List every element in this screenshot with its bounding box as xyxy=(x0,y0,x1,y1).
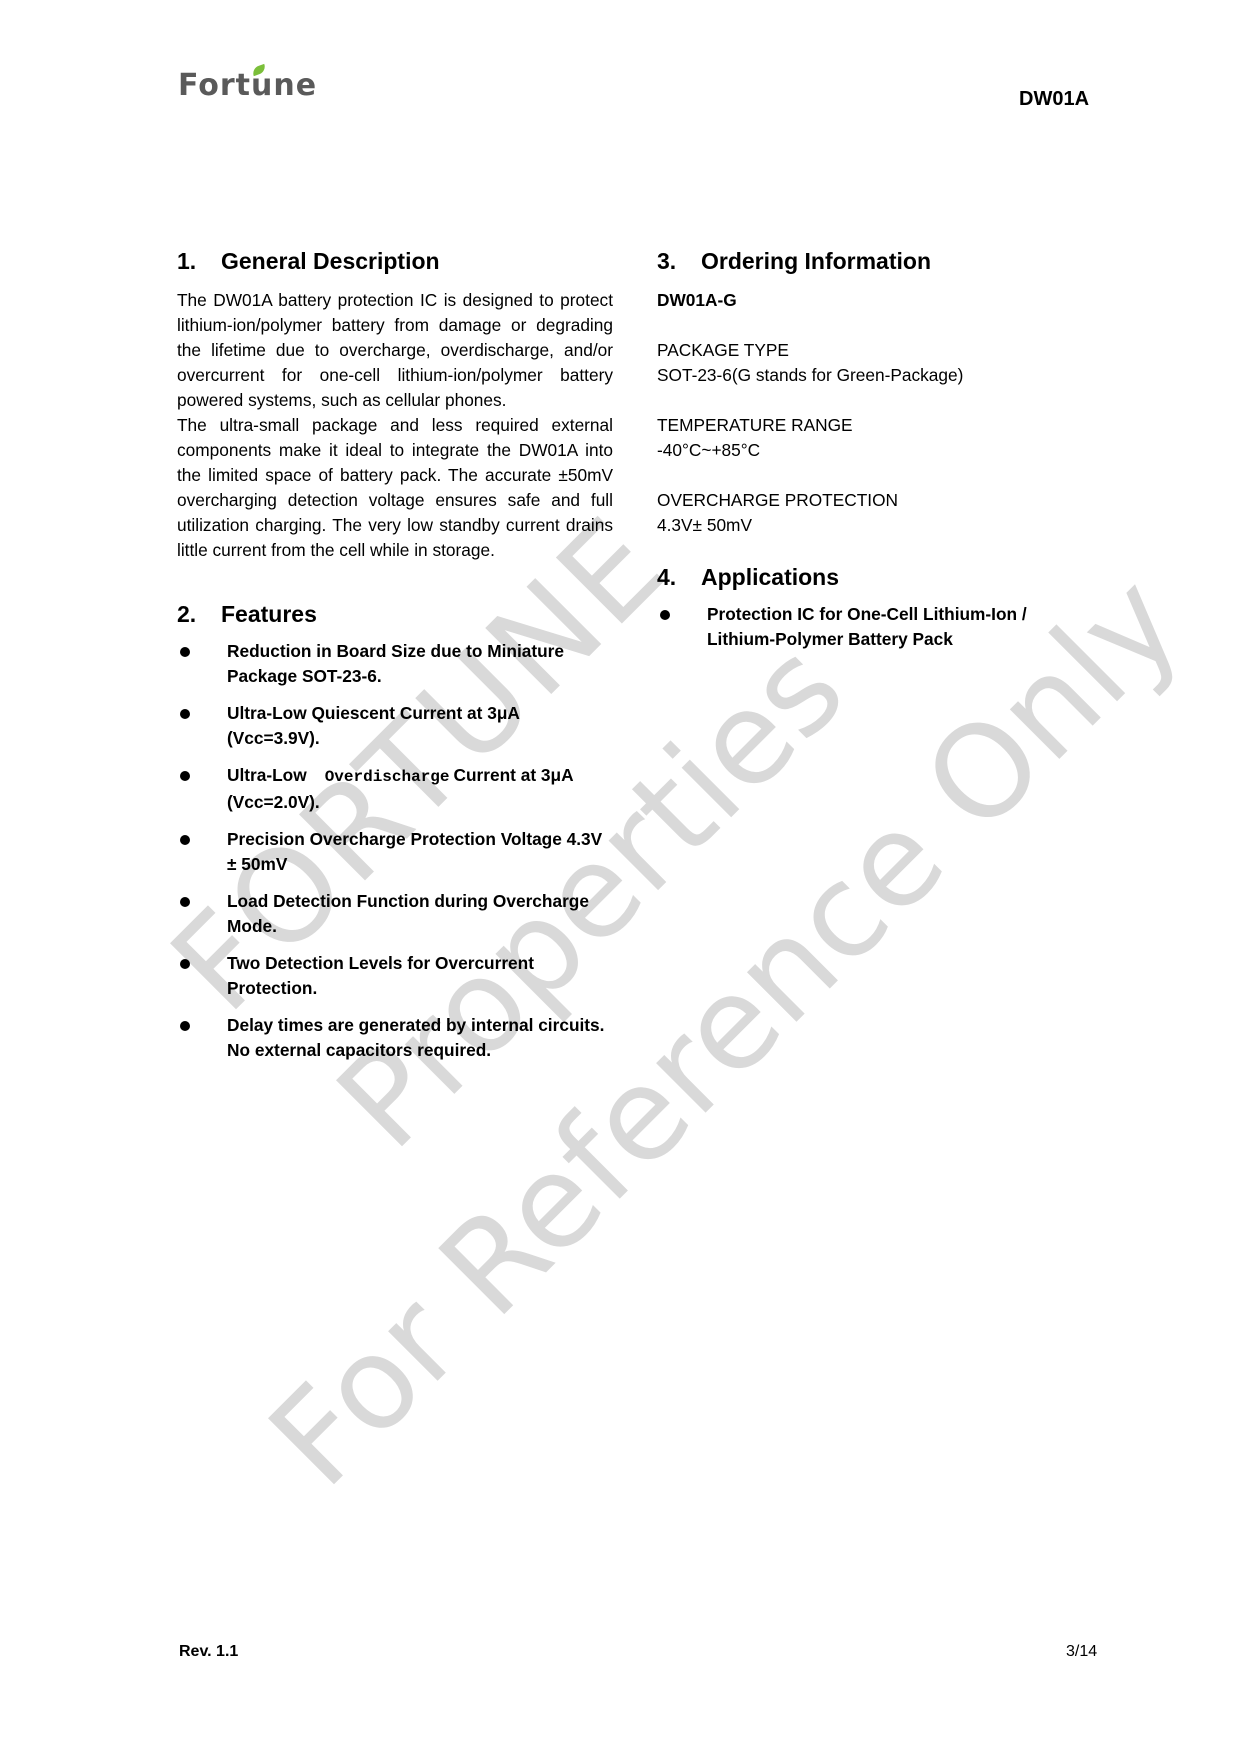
list-item: Delay times are generated by internal ci… xyxy=(177,1013,613,1063)
ordering-label: TEMPERATURE RANGE xyxy=(657,413,1077,438)
bullet-icon xyxy=(180,959,190,969)
feature-text-mono: Overdischarge xyxy=(325,768,450,786)
bullet-icon xyxy=(180,771,190,781)
page-number: 3/14 xyxy=(1066,1643,1097,1661)
features-list: Reduction in Board Size due to Miniature… xyxy=(177,639,613,1063)
bullet-icon xyxy=(180,647,190,657)
section-number: 4. xyxy=(657,562,701,592)
section-ordering-information: 3. Ordering Information DW01A-G PACKAGE … xyxy=(657,246,1077,538)
ordering-block-temperature: TEMPERATURE RANGE -40°C~+85°C xyxy=(657,413,1077,463)
bullet-icon xyxy=(180,1021,190,1031)
list-item: Precision Overcharge Protection Voltage … xyxy=(177,827,613,877)
ordering-value: SOT-23-6(G stands for Green-Package) xyxy=(657,363,1077,388)
section-applications: 4. Applications Protection IC for One-Ce… xyxy=(657,562,1077,652)
ordering-value: -40°C~+85°C xyxy=(657,438,1077,463)
list-item: Load Detection Function during Overcharg… xyxy=(177,889,613,939)
section-heading: 3. Ordering Information xyxy=(657,246,1077,276)
feature-text: Load Detection Function during Overcharg… xyxy=(227,891,589,936)
bullet-icon xyxy=(660,610,670,620)
right-column: 3. Ordering Information DW01A-G PACKAGE … xyxy=(657,246,1077,664)
section-title: Ordering Information xyxy=(701,246,931,276)
ordering-label: PACKAGE TYPE xyxy=(657,338,1077,363)
application-text: Protection IC for One-Cell Lithium-Ion /… xyxy=(707,604,1027,649)
feature-text: Delay times are generated by internal ci… xyxy=(227,1015,604,1060)
description-paragraph: The DW01A battery protection IC is desig… xyxy=(177,288,613,413)
logo-text: Fortune xyxy=(178,68,317,103)
feature-text: Reduction in Board Size due to Miniature… xyxy=(227,641,564,686)
feature-text: Precision Overcharge Protection Voltage … xyxy=(227,829,602,874)
section-heading: 4. Applications xyxy=(657,562,1077,592)
section-heading: 1. General Description xyxy=(177,246,613,276)
list-item: Ultra-Low Quiescent Current at 3μA (Vcc=… xyxy=(177,701,613,751)
page: Fortune DW01A 1. General Description The… xyxy=(0,0,1240,1754)
document-id: DW01A xyxy=(1019,88,1089,111)
bullet-icon xyxy=(180,897,190,907)
list-item: Protection IC for One-Cell Lithium-Ion /… xyxy=(657,602,1077,652)
section-number: 3. xyxy=(657,246,701,276)
part-number: DW01A-G xyxy=(657,288,1077,313)
section-title: Applications xyxy=(701,562,839,592)
list-item: Ultra-LowOverdischargeCurrent at 3μA (Vc… xyxy=(177,763,613,815)
feature-text: Two Detection Levels for Overcurrent Pro… xyxy=(227,953,534,998)
section-features: 2. Features Reduction in Board Size due … xyxy=(177,599,613,1063)
feature-text: Ultra-Low Quiescent Current at 3μA (Vcc=… xyxy=(227,703,519,748)
left-column: 1. General Description The DW01A battery… xyxy=(177,246,613,1075)
ordering-label: OVERCHARGE PROTECTION xyxy=(657,488,1077,513)
section-title: Features xyxy=(221,599,317,629)
section-number: 2. xyxy=(177,599,221,629)
description-paragraph: The ultra-small package and less require… xyxy=(177,413,613,563)
ordering-block-overcharge: OVERCHARGE PROTECTION 4.3V± 50mV xyxy=(657,488,1077,538)
section-heading: 2. Features xyxy=(177,599,613,629)
list-item: Reduction in Board Size due to Miniature… xyxy=(177,639,613,689)
section-number: 1. xyxy=(177,246,221,276)
fortune-logo: Fortune xyxy=(178,66,308,106)
revision-label: Rev. 1.1 xyxy=(179,1643,238,1661)
ordering-value: 4.3V± 50mV xyxy=(657,513,1077,538)
section-general-description: 1. General Description The DW01A battery… xyxy=(177,246,613,563)
feature-text: Ultra-Low xyxy=(227,765,307,785)
section-title: General Description xyxy=(221,246,440,276)
ordering-block-package: PACKAGE TYPE SOT-23-6(G stands for Green… xyxy=(657,338,1077,388)
bullet-icon xyxy=(180,709,190,719)
list-item: Two Detection Levels for Overcurrent Pro… xyxy=(177,951,613,1001)
bullet-icon xyxy=(180,835,190,845)
applications-list: Protection IC for One-Cell Lithium-Ion /… xyxy=(657,602,1077,652)
